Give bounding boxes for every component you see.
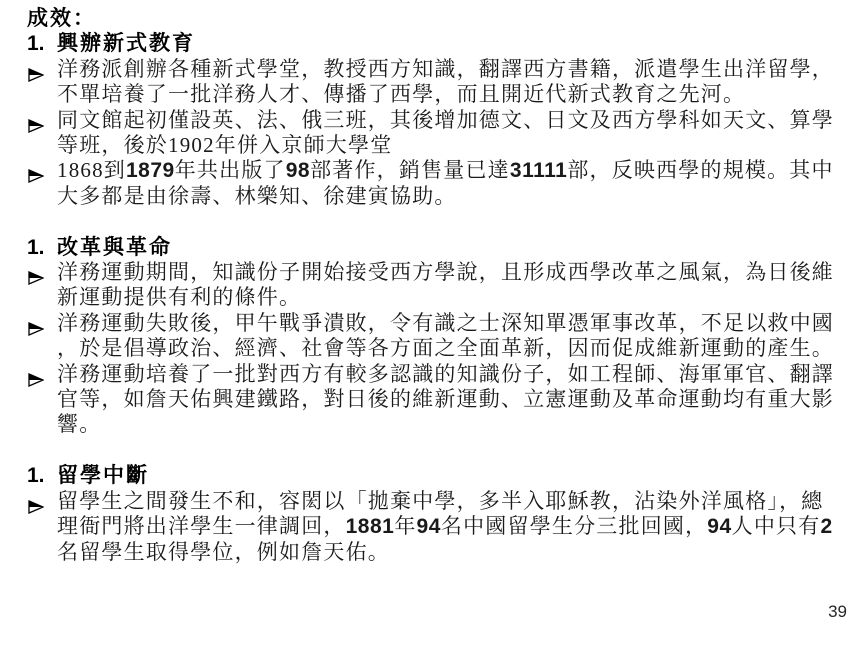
bullet-item: 同文館起初僅設英、法、俄三班，其後增加德文、日文及西方學科如天文、算學等班，後於… (27, 108, 839, 159)
text-segment: 洋務派創辦各種新式學堂，教授西方知識，翻譯西方書籍，派遣學生出洋留學，不單培養了… (57, 57, 834, 106)
bold-number-segment: 94 (417, 515, 441, 538)
text-segment: 洋務運動失敗後，甲午戰爭潰敗，令有識之士深知單憑軍事改革，不足以救中國，於是倡導… (57, 311, 834, 360)
section-new-style-education: 1. 興辦新式教育 洋務派創辦各種新式學堂，教授西方知識，翻譯西方書籍，派遣學生… (27, 31, 839, 209)
text-segment: 人中只有 (732, 514, 821, 538)
bold-number-segment: 31111 (510, 159, 567, 182)
text-segment: 年共出版了 (175, 158, 286, 182)
bullet-text: 同文館起初僅設英、法、俄三班，其後增加德文、日文及西方學科如天文、算學等班，後於… (57, 108, 834, 157)
heading-number: 1. (27, 463, 57, 488)
arrowhead-bullet-icon (28, 317, 44, 331)
arrowhead-bullet-icon (28, 114, 44, 128)
text-segment: 同文館起初僅設英、法、俄三班，其後增加德文、日文及西方學科如天文、算學等班，後於… (57, 108, 834, 157)
bullet-item: 留學生之間發生不和，容閎以「拋棄中學，多半入耶穌教，沾染外洋風格」，總理衙門將出… (27, 489, 839, 565)
bold-number-segment: 1879 (126, 159, 175, 182)
bullet-item: 洋務運動失敗後，甲午戰爭潰敗，令有識之士深知單憑軍事改革，不足以救中國，於是倡導… (27, 311, 839, 362)
heading-number: 1. (27, 235, 57, 260)
bullet-item: 1868到1879年共出版了98部著作，銷售量已達31111部，反映西學的規模。… (27, 158, 839, 209)
bullet-text: 洋務運動失敗後，甲午戰爭潰敗，令有識之士深知單憑軍事改革，不足以救中國，於是倡導… (57, 311, 834, 360)
heading-text: 留學中斷 (57, 463, 149, 488)
heading-number: 1. (27, 31, 57, 56)
slide-content: 成效： 1. 興辦新式教育 洋務派創辦各種新式學堂，教授西方知識，翻譯西方書籍，… (27, 6, 839, 565)
heading-text: 興辦新式教育 (57, 31, 195, 56)
bullet-text: 洋務派創辦各種新式學堂，教授西方知識，翻譯西方書籍，派遣學生出洋留學，不單培養了… (57, 57, 834, 106)
text-segment: 1868到 (57, 158, 126, 182)
arrowhead-bullet-icon (28, 164, 44, 178)
bullet-item: 洋務派創辦各種新式學堂，教授西方知識，翻譯西方書籍，派遣學生出洋留學，不單培養了… (27, 57, 839, 108)
page-number: 39 (828, 602, 847, 622)
bold-number-segment: 94 (707, 515, 731, 538)
bullet-text: 留學生之間發生不和，容閎以「拋棄中學，多半入耶穌教，沾染外洋風格」，總理衙門將出… (57, 489, 833, 564)
text-segment: 名留學生取得學位，例如詹天佑。 (57, 540, 390, 564)
bullet-text: 洋務運動培養了一批對西方有較多認識的知識份子，如工程師、海軍軍官、翻譯官等，如詹… (57, 362, 834, 437)
section-reform-and-revolution: 1. 改革與革命 洋務運動期間，知識份子開始接受西方學說，且形成西學改革之風氣，… (27, 235, 839, 438)
bullet-text: 洋務運動期間，知識份子開始接受西方學說，且形成西學改革之風氣，為日後維新運動提供… (57, 260, 834, 309)
arrowhead-bullet-icon (28, 368, 44, 382)
section-study-abroad-interrupted: 1. 留學中斷 留學生之間發生不和，容閎以「拋棄中學，多半入耶穌教，沾染外洋風格… (27, 463, 839, 565)
bold-number-segment: 2 (820, 515, 832, 538)
bullet-item: 洋務運動期間，知識份子開始接受西方學說，且形成西學改革之風氣，為日後維新運動提供… (27, 260, 839, 311)
presentation-slide: 成效： 1. 興辦新式教育 洋務派創辦各種新式學堂，教授西方知識，翻譯西方書籍，… (0, 0, 864, 648)
section-heading: 1. 改革與革命 (27, 235, 839, 260)
text-segment: 部著作，銷售量已達 (310, 158, 510, 182)
bold-number-segment: 1881 (346, 515, 395, 538)
text-segment: 名中國留學生分三批回國， (441, 514, 707, 538)
text-segment: 洋務運動培養了一批對西方有較多認識的知識份子，如工程師、海軍軍官、翻譯官等，如詹… (57, 362, 834, 437)
text-segment: 年 (394, 514, 416, 538)
bullet-item: 洋務運動培養了一批對西方有較多認識的知識份子，如工程師、海軍軍官、翻譯官等，如詹… (27, 362, 839, 438)
arrowhead-bullet-icon (28, 63, 44, 77)
section-heading: 1. 留學中斷 (27, 463, 839, 488)
slide-title: 成效： (27, 6, 839, 31)
arrowhead-bullet-icon (28, 495, 44, 509)
arrowhead-bullet-icon (28, 266, 44, 280)
heading-text: 改革與革命 (57, 235, 172, 260)
text-segment: 洋務運動期間，知識份子開始接受西方學說，且形成西學改革之風氣，為日後維新運動提供… (57, 260, 834, 309)
bold-number-segment: 98 (286, 159, 310, 182)
bullet-text: 1868到1879年共出版了98部著作，銷售量已達31111部，反映西學的規模。… (57, 158, 834, 207)
section-heading: 1. 興辦新式教育 (27, 31, 839, 56)
